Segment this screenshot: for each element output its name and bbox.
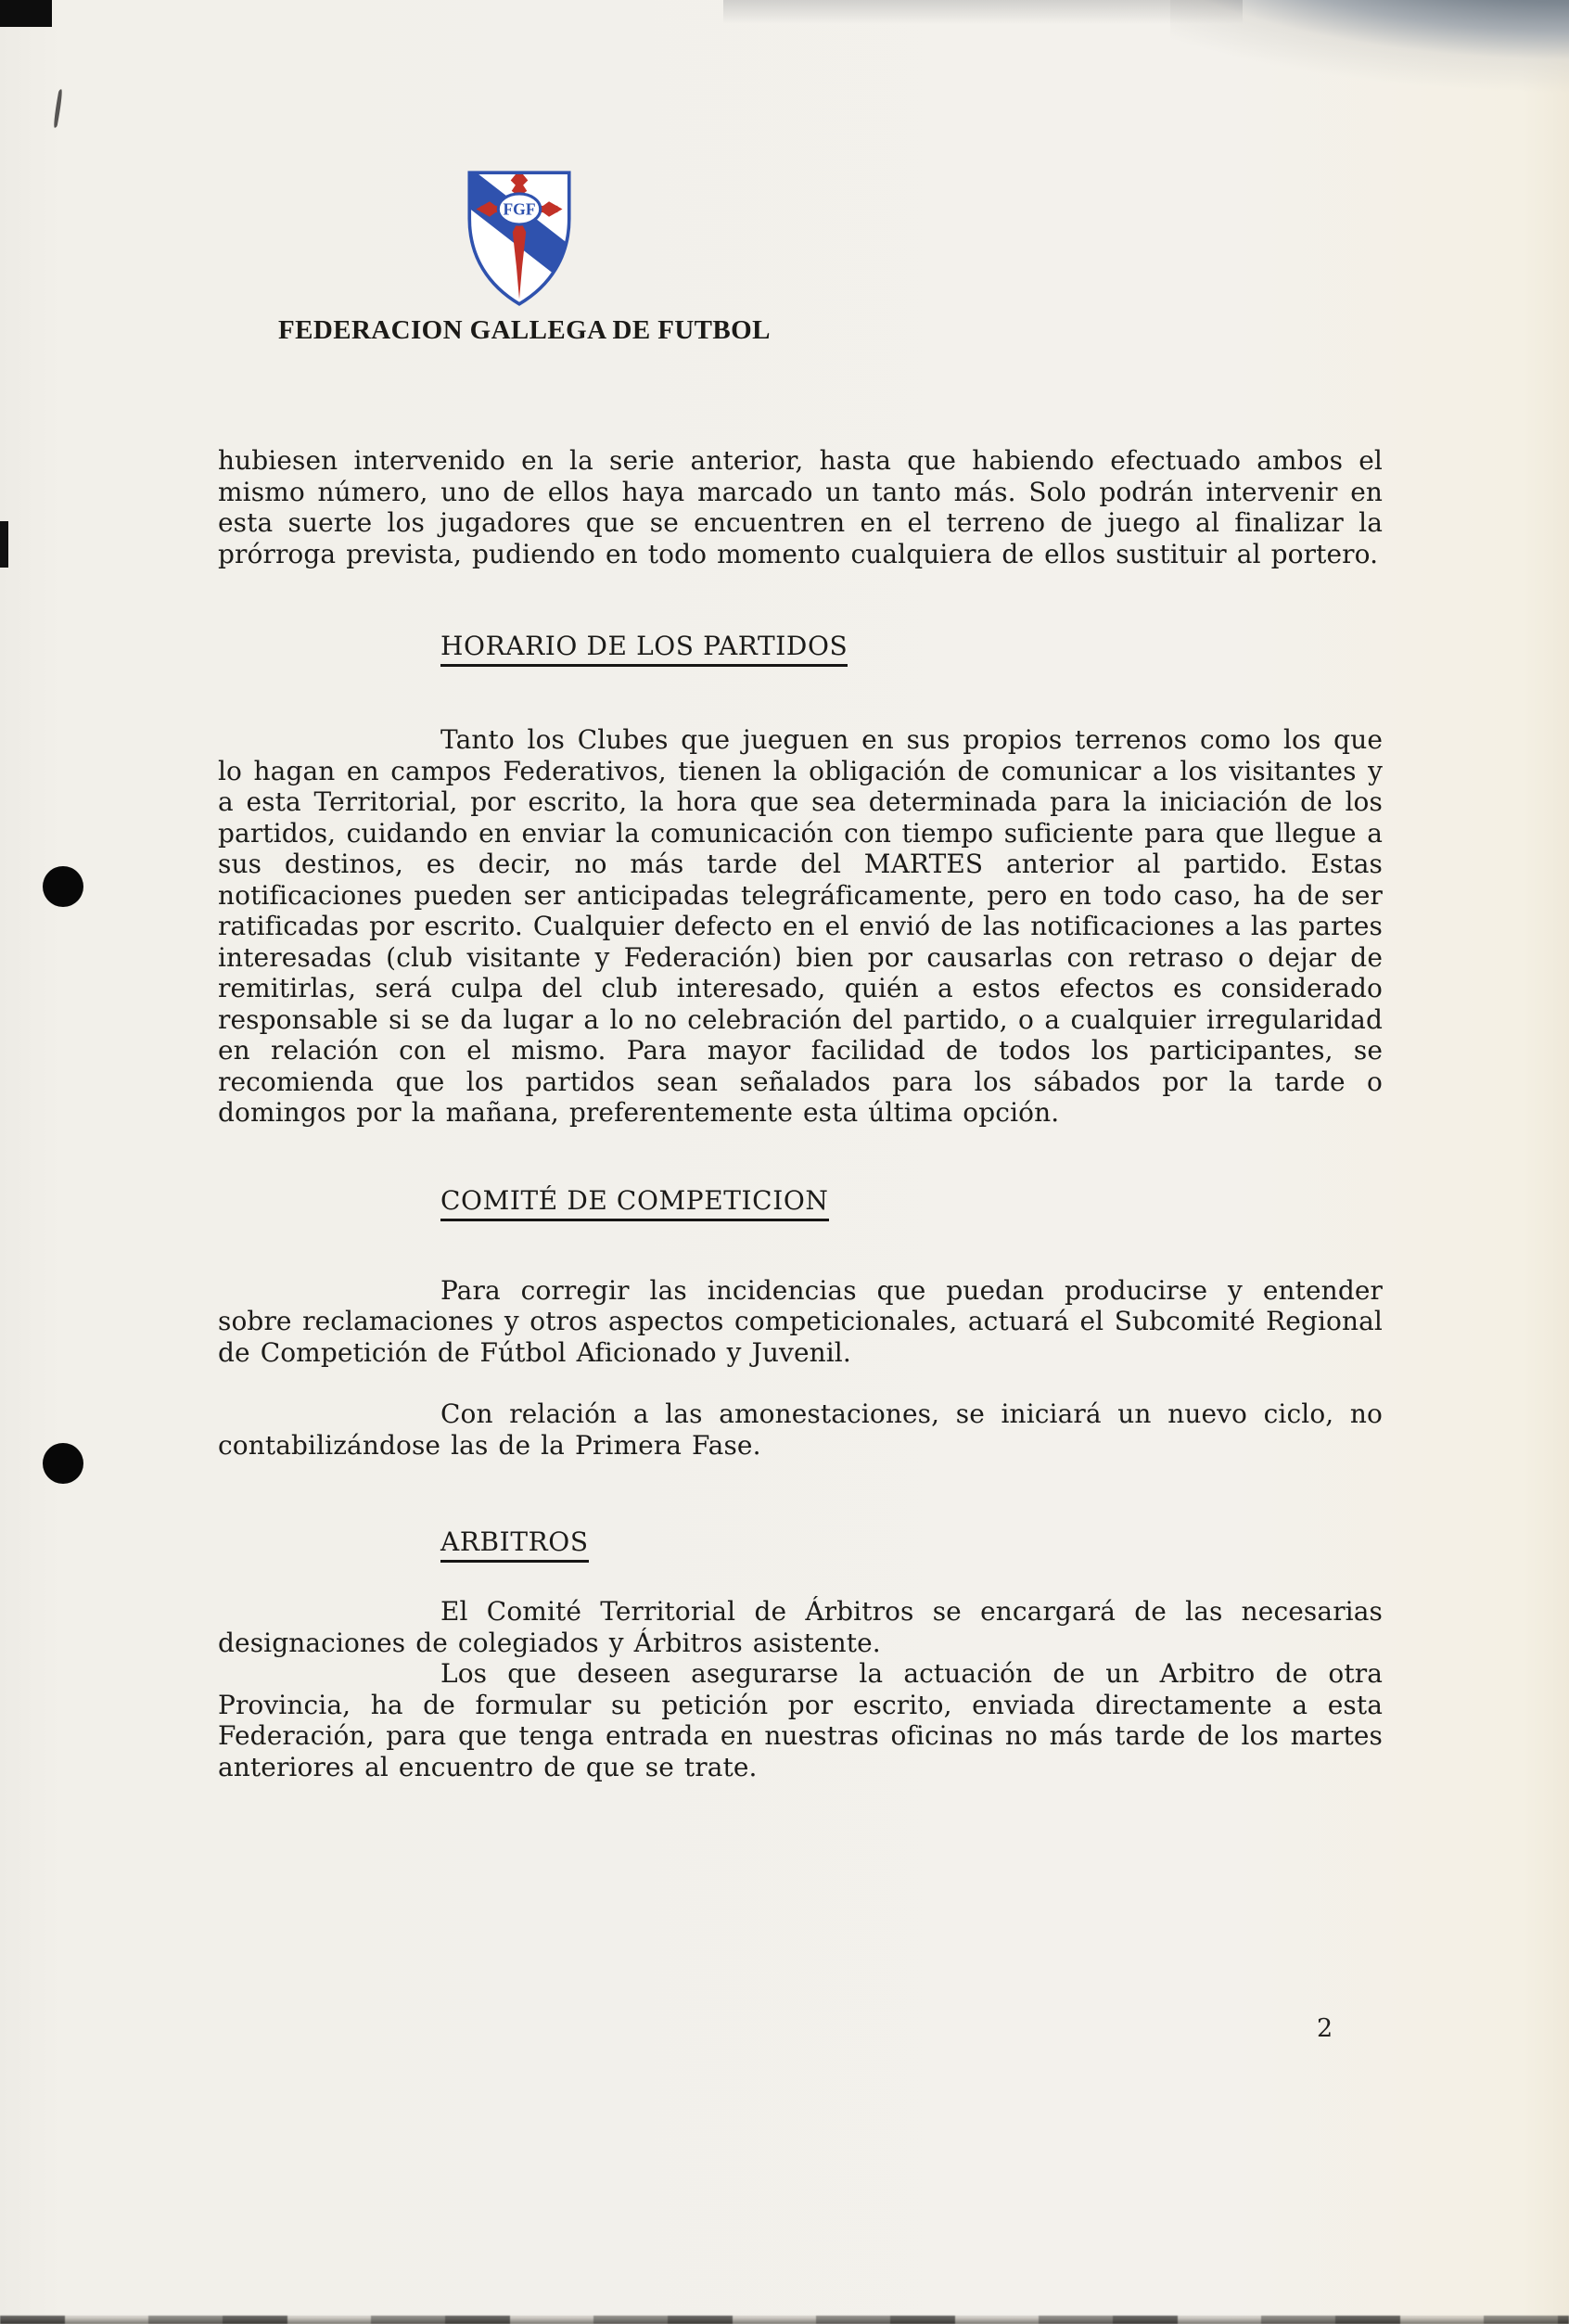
document-body: hubiesen intervenido en la serie anterio… [218,445,1383,1782]
paragraph-arbitros-2: Los que deseen asegurarse la actuación d… [218,1658,1383,1782]
paragraph-comite-1: Para corregir las incidencias que puedan… [218,1275,1383,1369]
heading-comite-competicion: COMITÉ DE COMPETICION [440,1184,1383,1221]
heading-horario-text: HORARIO DE LOS PARTIDOS [440,630,848,667]
scan-edge-artifact [0,521,8,568]
page-number: 2 [1317,2014,1333,2043]
scan-bottom-edge [0,2316,1569,2324]
heading-arbitros: ARBITROS [440,1526,1383,1563]
hole-punch-mark [43,1443,83,1484]
crest-icon: FGF [462,169,577,308]
scanned-page: FGF FEDERACION GALLEGA DE FUTBOL hubiese… [0,0,1569,2324]
heading-horario-partidos: HORARIO DE LOS PARTIDOS [440,630,1383,667]
federation-crest-logo: FGF [462,169,577,308]
organization-name: FEDERACION GALLEGA DE FUTBOL [278,315,760,346]
scan-edge-shadow [723,0,1243,24]
letterhead: FGF FEDERACION GALLEGA DE FUTBOL [278,169,760,346]
scan-corner-artifact [0,0,52,27]
heading-comite-text: COMITÉ DE COMPETICION [440,1184,829,1221]
handwritten-mark [52,89,63,128]
heading-arbitros-text: ARBITROS [440,1526,589,1563]
paragraph-comite-2: Con relación a las amonestaciones, se in… [218,1398,1383,1461]
paragraph-horario: Tanto los Clubes que jueguen en sus prop… [218,724,1383,1129]
paragraph-overtime-rule: hubiesen intervenido en la serie anterio… [218,445,1383,569]
crest-monogram: FGF [503,200,535,219]
hole-punch-mark [43,866,83,907]
paragraph-arbitros-1: El Comité Territorial de Árbitros se enc… [218,1596,1383,1658]
